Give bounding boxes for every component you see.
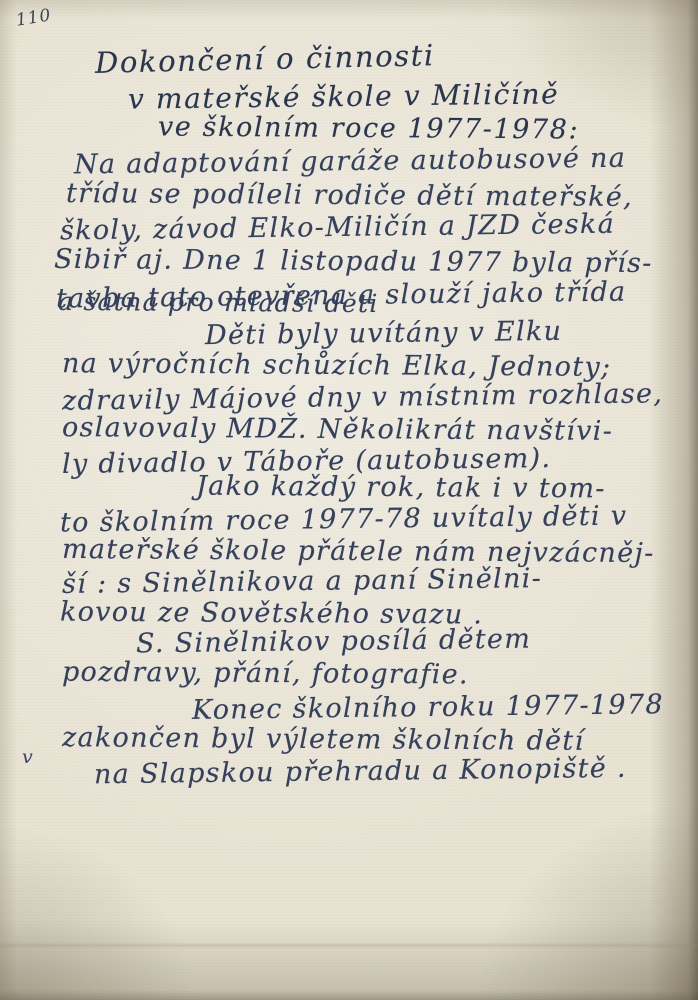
handwritten-line: oslavovaly MDŽ. Několikrát navštívi- bbox=[62, 412, 613, 447]
notebook-page: 110 Dokončení o činnosti v mateřské škol… bbox=[0, 0, 698, 1000]
handwritten-line: třídu se podíleli rodiče dětí mateřské, bbox=[66, 178, 633, 213]
handwritten-line: Na adaptování garáže autobusové na bbox=[74, 143, 627, 181]
handwritten-line: Konec školního roku 1977-1978 bbox=[192, 689, 664, 726]
title-line-1: Dokončení o činnosti bbox=[95, 38, 436, 80]
handwritten-line: na Slapskou přehradu a Konopiště . bbox=[94, 753, 627, 791]
handwritten-line: S. Sinělnikov posílá dětem bbox=[136, 624, 532, 660]
margin-insertion-mark: v bbox=[22, 746, 33, 768]
handwritten-line: mateřské škole přátele nám nejvzácněj- bbox=[62, 534, 655, 569]
handwritten-line: Jako každý rok, tak i v tom- bbox=[196, 471, 606, 505]
page-number: 110 bbox=[15, 5, 53, 30]
title-line-2: v mateřské škole v Miličíně bbox=[128, 77, 560, 115]
handwritten-line: školy, závod Elko-Miličín a JZD česká bbox=[60, 209, 615, 247]
handwritten-line: Sibiř aj. Dne 1 listopadu 1977 byla přís… bbox=[54, 244, 653, 279]
paper-seam bbox=[0, 944, 698, 947]
handwritten-line: zakončen byl výletem školních dětí bbox=[62, 722, 585, 757]
handwritten-line: ší : s Sinělnikova a paní Sinělni- bbox=[62, 563, 542, 600]
handwritten-line: pozdravy, přání, fotografie. bbox=[62, 657, 469, 691]
handwritten-line: a šatna pro mladší děti bbox=[58, 287, 379, 318]
handwritten-line: Děti byly uvítány v Elku bbox=[205, 316, 563, 351]
handwritten-line: zdravily Májové dny v místním rozhlase, bbox=[62, 378, 664, 416]
handwritten-line: na výročních schůzích Elka, Jednoty; bbox=[62, 348, 612, 383]
title-line-3: ve školním roce 1977-1978: bbox=[158, 112, 579, 146]
handwritten-line: to školním roce 1977-78 uvítaly děti v bbox=[60, 501, 628, 539]
